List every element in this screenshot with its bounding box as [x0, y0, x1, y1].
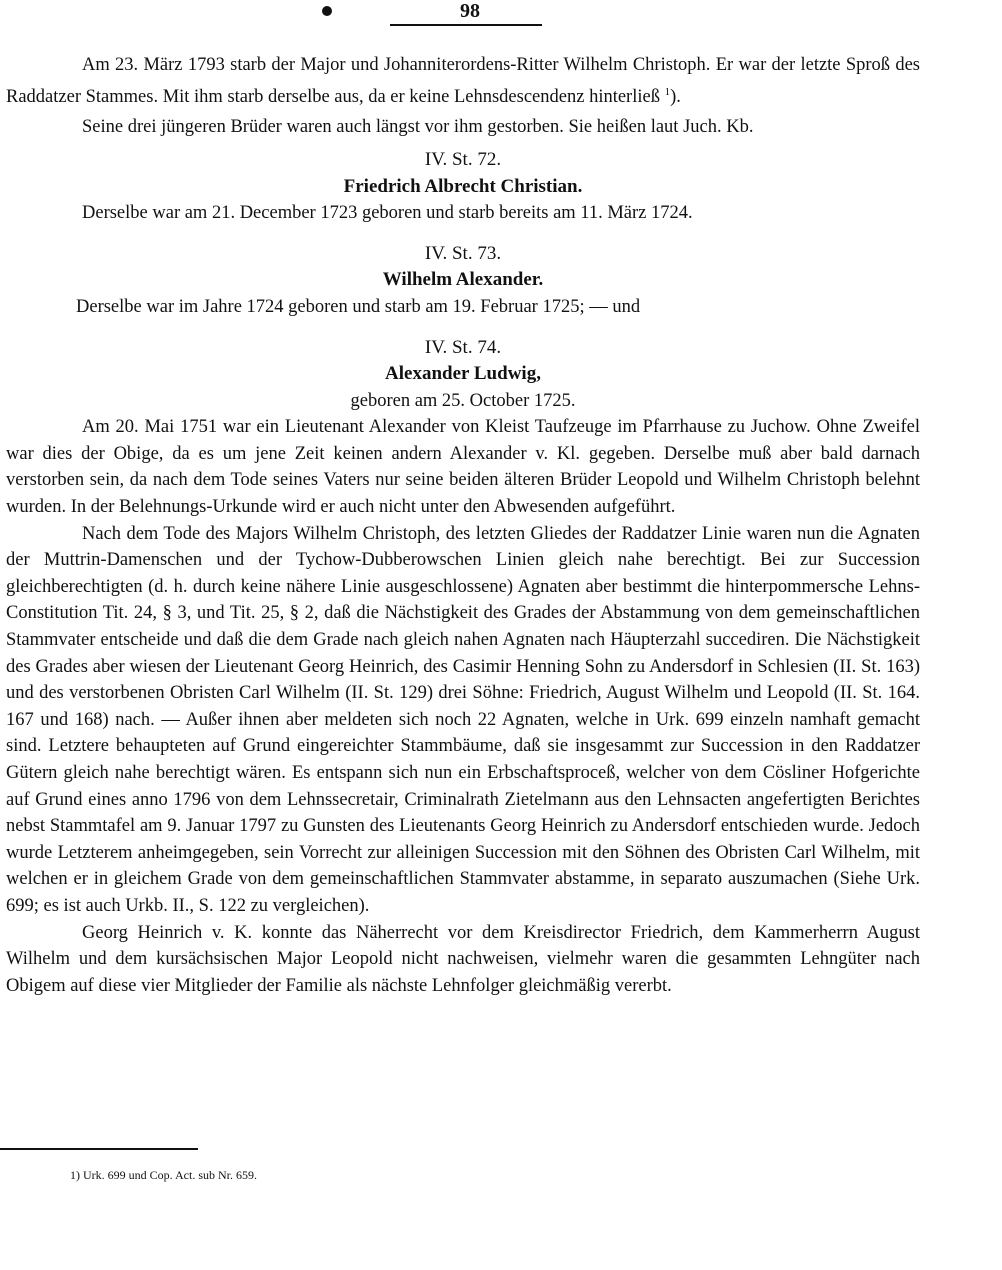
- section-code: IV. St. 72.: [6, 147, 920, 174]
- paragraph-tail: ).: [670, 87, 681, 107]
- section-paragraph: Am 20. Mai 1751 war ein Lieutenant Alexa…: [6, 414, 920, 520]
- section-paragraph: Georg Heinrich v. K. konnte das Näherrec…: [6, 920, 920, 1000]
- section-body: Derselbe war im Jahre 1724 geboren und s…: [6, 294, 920, 321]
- paragraph-intro-2: Seine drei jüngeren Brüder waren auch lä…: [6, 114, 920, 141]
- paragraph-intro-1: Am 23. März 1793 starb der Major und Joh…: [6, 52, 920, 110]
- section-name: Friedrich Albrecht Christian.: [6, 174, 920, 201]
- section-body: Derselbe war am 21. December 1723 gebore…: [6, 200, 920, 227]
- footnote-rule: [0, 1148, 198, 1150]
- section-code: IV. St. 73.: [6, 241, 920, 268]
- section-st-73: IV. St. 73. Wilhelm Alexander. Derselbe …: [6, 241, 920, 321]
- page-header: 98: [0, 0, 1002, 30]
- section-code: IV. St. 74.: [6, 335, 920, 362]
- section-date: geboren am 25. October 1725.: [6, 388, 920, 415]
- section-name: Alexander Ludwig,: [6, 361, 920, 388]
- section-st-72: IV. St. 72. Friedrich Albrecht Christian…: [6, 147, 920, 227]
- footnote: 1) Urk. 699 und Cop. Act. sub Nr. 659.: [70, 1168, 257, 1183]
- ink-dot: [322, 6, 332, 16]
- section-name: Wilhelm Alexander.: [6, 267, 920, 294]
- footnote-text: Urk. 699 und Cop. Act. sub Nr. 659.: [83, 1168, 257, 1182]
- page-body: Am 23. März 1793 starb der Major und Joh…: [6, 52, 920, 999]
- footnote-marker: 1): [70, 1168, 80, 1182]
- paragraph-text: Am 23. März 1793 starb der Major und Joh…: [6, 55, 920, 107]
- page-number: 98: [440, 0, 500, 23]
- section-st-74: IV. St. 74. Alexander Ludwig, geboren am…: [6, 335, 920, 1000]
- section-paragraph: Nach dem Tode des Majors Wilhelm Christo…: [6, 521, 920, 920]
- header-rule: [390, 24, 542, 26]
